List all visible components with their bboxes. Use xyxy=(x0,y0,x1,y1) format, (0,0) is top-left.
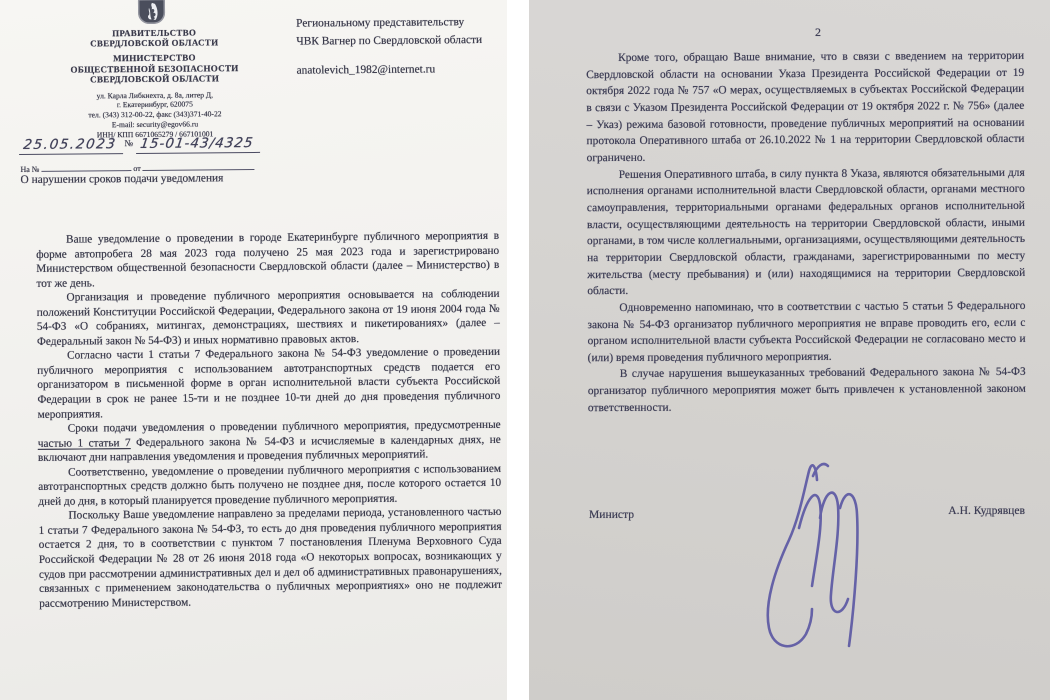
from-label: от xyxy=(133,164,140,173)
letterhead: ПРАВИТЕЛЬСТВО СВЕРДЛОВСКОЙ ОБЛАСТИ МИНИС… xyxy=(5,27,304,141)
paragraph: Кроме того, обращаю Ваше внимание, что в… xyxy=(586,48,1025,167)
coat-of-arms-icon xyxy=(138,0,165,24)
paragraph-text: Сроки подачи уведомления о проведении пу… xyxy=(68,419,501,435)
letterhead-ministry: МИНИСТЕРСТВО ОБЩЕСТВЕННОЙ БЕЗОПАСНОСТИ С… xyxy=(5,52,303,86)
letterhead-line: СВЕРДЛОВСКОЙ ОБЛАСТИ xyxy=(6,73,304,86)
addressee-line: Региональному представительству xyxy=(296,13,504,33)
letterhead-contact-block: ул. Карла Либкнехта, д. 8а, литер Д, г. … xyxy=(6,89,304,141)
paragraph: Ваше уведомление о проведении в городе Е… xyxy=(36,229,499,291)
paragraph: Поскольку Ваше уведомление направлено за… xyxy=(38,505,502,611)
paragraph: Организация и проведение публичного меро… xyxy=(36,287,499,349)
letterhead-line: СВЕРДЛОВСКОЙ ОБЛАСТИ xyxy=(5,37,303,50)
letterhead-government: ПРАВИТЕЛЬСТВО СВЕРДЛОВСКОЙ ОБЛАСТИ xyxy=(5,27,303,50)
page-2-body: Кроме того, обращаю Ваше внимание, что в… xyxy=(586,48,1026,417)
subject-line: О нарушении сроков подачи уведомления xyxy=(20,172,223,186)
paragraph-with-underline: Сроки подачи уведомления о проведении пу… xyxy=(38,418,501,466)
date-handwritten: 25.05.2023 xyxy=(19,136,126,155)
page-1-content: ПРАВИТЕЛЬСТВО СВЕРДЛОВСКОЙ ОБЛАСТИ МИНИС… xyxy=(0,0,510,700)
signer-name: А.Н. Кудрявцев xyxy=(948,504,1025,517)
paragraph: Одновременно напоминаю, что в соответств… xyxy=(587,298,1025,367)
addressee-email: anatolevich_1982@internet.ru xyxy=(296,60,504,80)
addressee-line: ЧВК Вагнер по Свердловской области xyxy=(296,31,504,51)
page-1-body: Ваше уведомление о проведении в городе Е… xyxy=(36,229,502,611)
signature-autograph-icon xyxy=(759,456,887,674)
page-2: 2 Кроме того, обращаю Ваше внимание, что… xyxy=(529,0,1050,700)
signer-title: Министр xyxy=(589,508,634,521)
page-number: 2 xyxy=(815,25,821,40)
paragraph: В случае нарушения вышеуказанных требова… xyxy=(588,364,1026,416)
blank-field xyxy=(143,161,255,171)
incoming-number-label: На № xyxy=(20,165,39,174)
outgoing-reference-line: 25.05.2023№15-01-43/4325 xyxy=(20,134,261,155)
scanned-letter: ПРАВИТЕЛЬСТВО СВЕРДЛОВСКОЙ ОБЛАСТИ МИНИС… xyxy=(0,0,1050,700)
addressee-block: Региональному представительству ЧВК Вагн… xyxy=(296,13,505,80)
blank-field xyxy=(41,162,131,172)
underlined-citation: частью 1 статьи 7 xyxy=(38,437,131,450)
page-1: ПРАВИТЕЛЬСТВО СВЕРДЛОВСКОЙ ОБЛАСТИ МИНИС… xyxy=(0,0,507,700)
paragraph: Соответственно, уведомление о проведении… xyxy=(38,462,501,510)
number-sign: № xyxy=(124,138,133,148)
paragraph: Решения Оперативного штаба, в силу пункт… xyxy=(587,164,1026,300)
outgoing-number-handwritten: 15-01-43/4325 xyxy=(136,135,263,154)
paragraph: Согласно части 1 статьи 7 Федерального з… xyxy=(37,345,501,422)
